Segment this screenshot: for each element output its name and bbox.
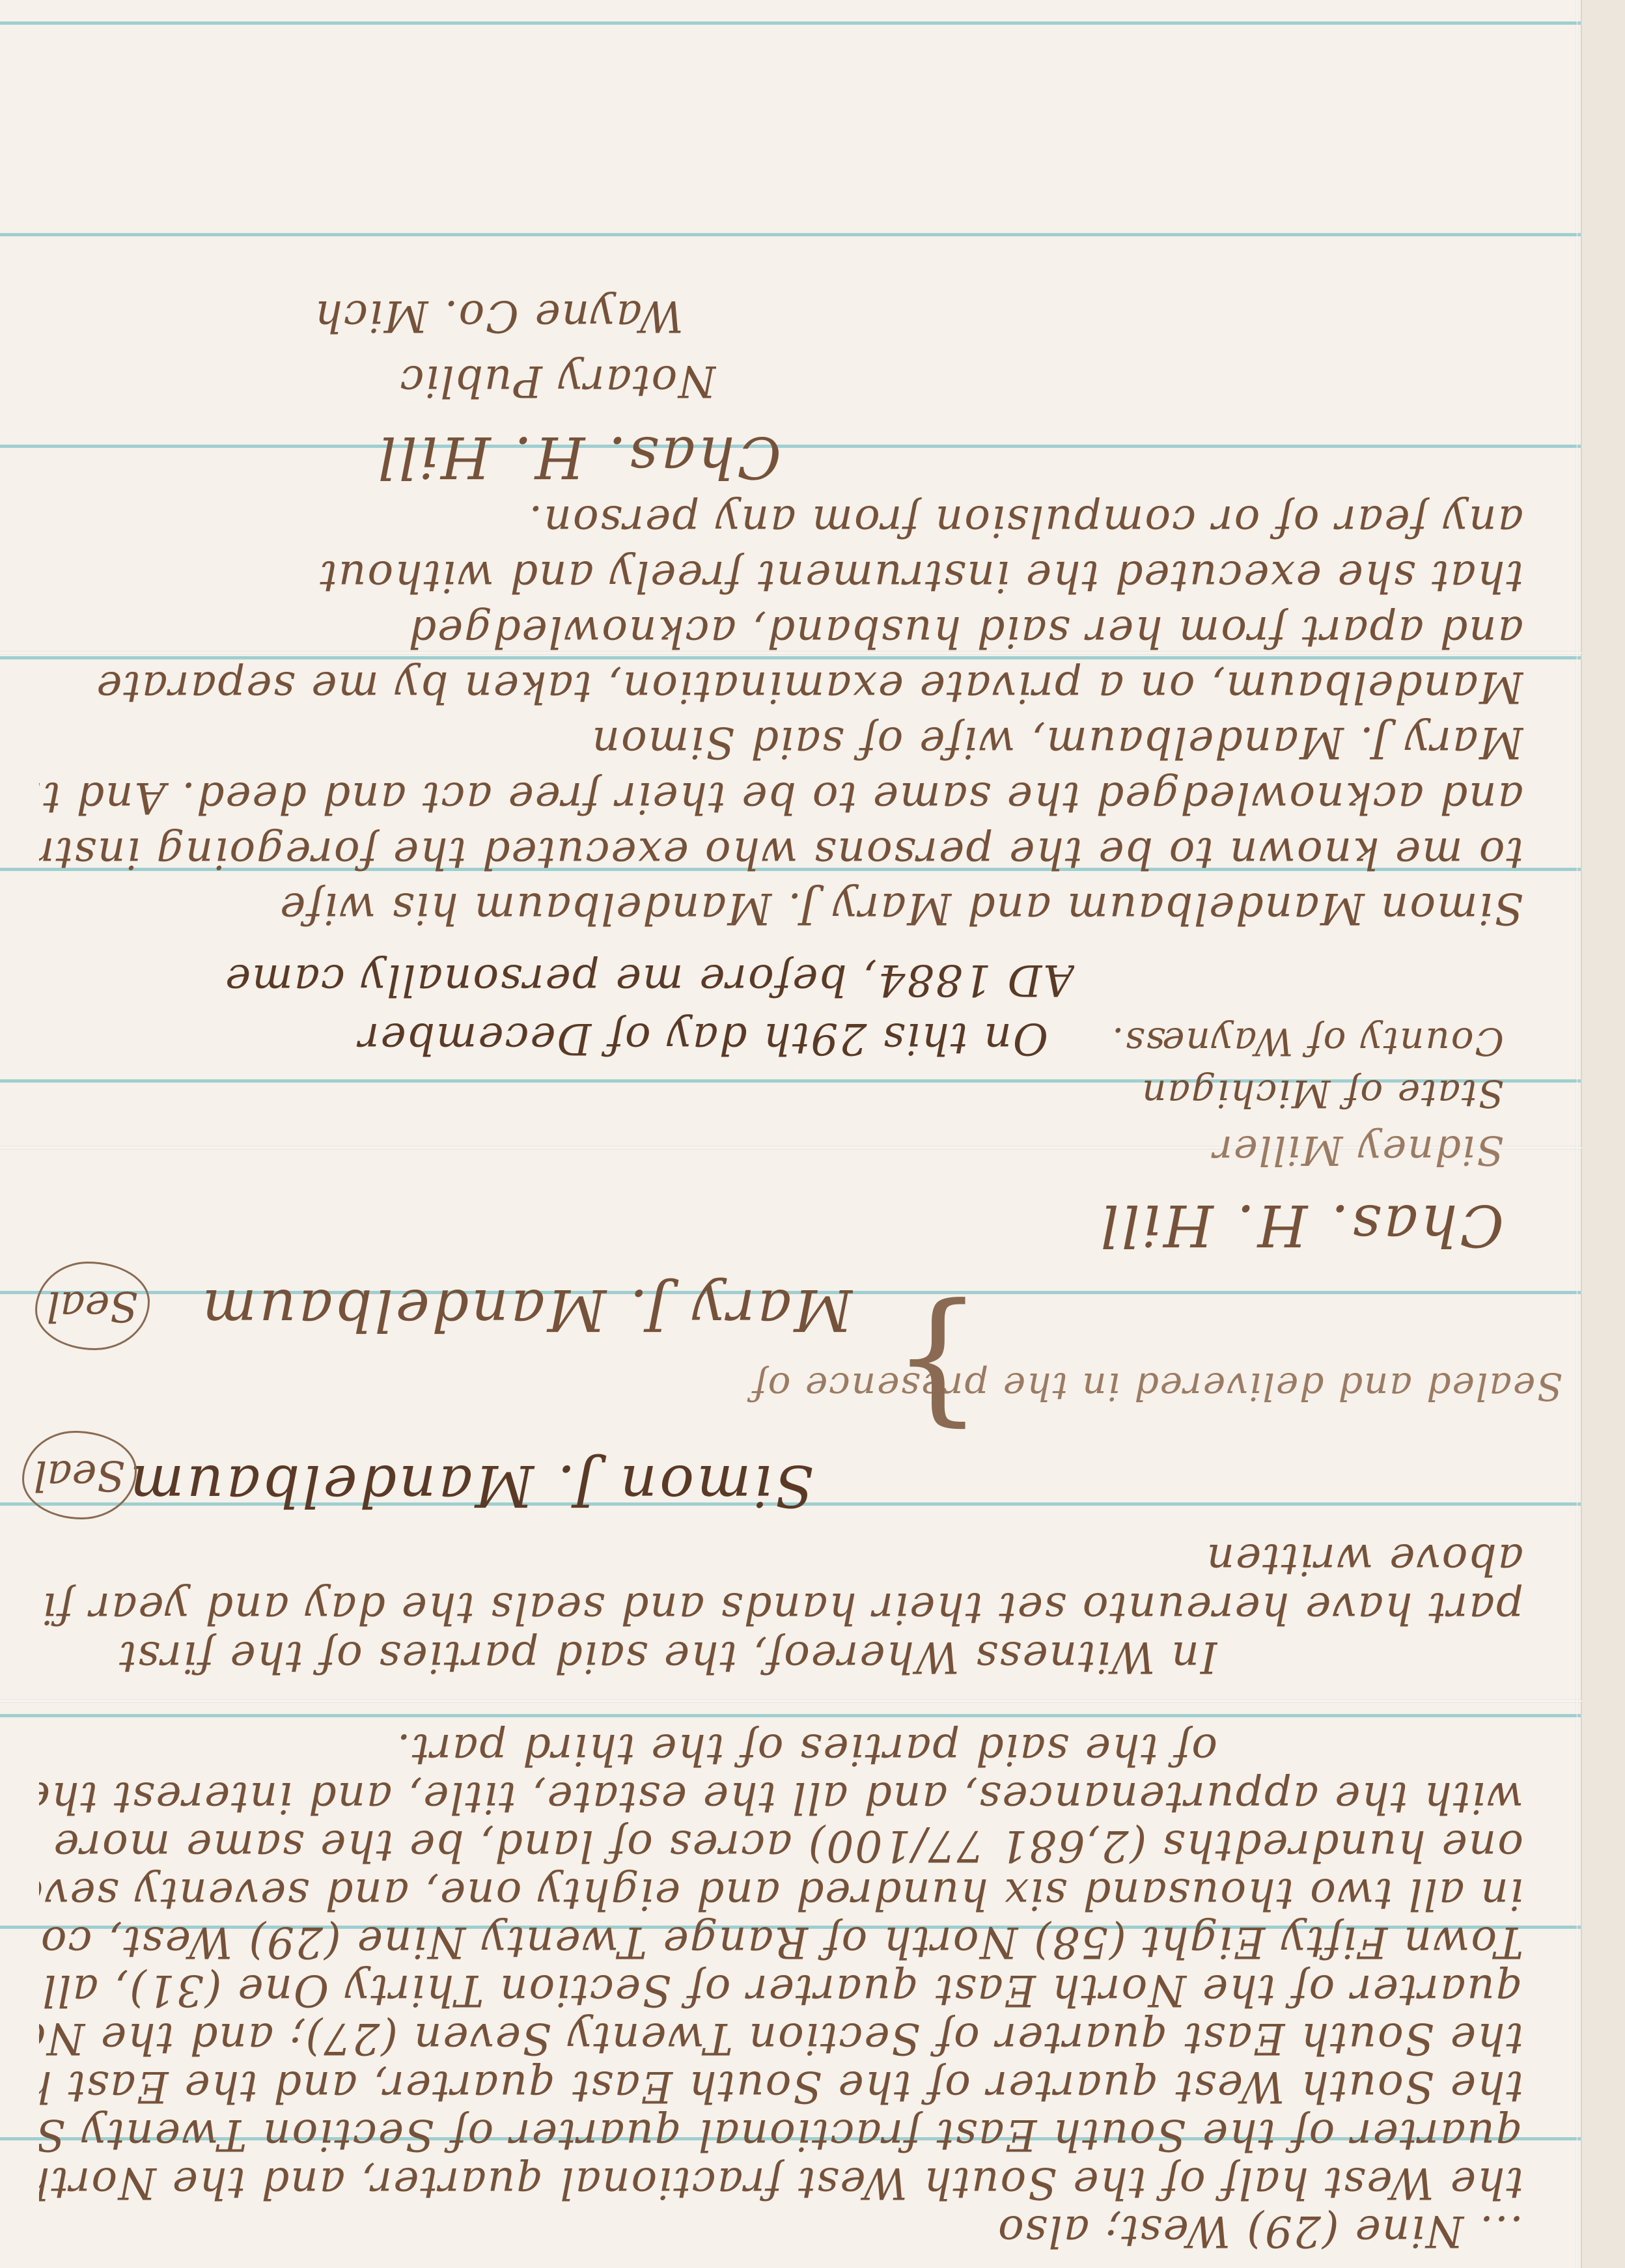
property-line: Town Fifty Eight (58) North of Range Twe… xyxy=(39,1917,1523,1967)
property-line: the West half of the South West fraction… xyxy=(39,2158,1523,2208)
property-line: in all two thousand six hundred and eigh… xyxy=(39,1869,1523,1919)
property-line: quarter of the North East quarter of Sec… xyxy=(39,1965,1523,2015)
attestation-clause: Sealed and delivered in the presence of xyxy=(39,1364,1562,1409)
ack-line: to me known to be the persons who execut… xyxy=(39,828,1523,878)
testimonium-line: In Witness Whereof, the said parties of … xyxy=(39,1632,1217,1682)
notary-jurisdiction: Wayne Co. Mich xyxy=(39,291,684,341)
ack-line: Mandelbaum, on a private examination, ta… xyxy=(39,662,1523,712)
seal-label: Seal xyxy=(34,1451,125,1499)
property-line: of the said parties of the third part. xyxy=(39,1724,1217,1775)
ack-line: On this 29th day of December xyxy=(39,1014,1048,1064)
witness-signature-miller: Sidney Miller xyxy=(39,1127,1504,1174)
property-line: the South East quarter of Section Twenty… xyxy=(39,2013,1523,2064)
notary-title: Notary Public xyxy=(39,356,716,406)
grantor-signature-simon: Simon J. Mandelbaum xyxy=(39,1452,814,1519)
testimonium-line: above written xyxy=(39,1534,1523,1584)
ack-line: that she executed the instrument freely … xyxy=(39,551,1523,602)
notary-signature: Chas. H. Hill xyxy=(39,424,781,491)
property-line: the South West quarter of the South East… xyxy=(39,2062,1523,2112)
property-line: with the appurtenances, and all the esta… xyxy=(39,1773,1523,1823)
venue-state: State of Michigan xyxy=(39,1072,1504,1116)
deed-content-rotated: ... Nine (29) West; also the West half o… xyxy=(0,0,1582,2268)
grantor-signature-mary: Mary J. Mandelbaum xyxy=(39,1277,853,1344)
adjacent-page-edge xyxy=(1581,0,1625,2268)
ack-line: any fear of or compulsion from any perso… xyxy=(39,496,1523,546)
property-line: quarter of the South East fractional qua… xyxy=(39,2110,1523,2160)
ack-line: Mary J. Mandelbaum, wife of said Simon xyxy=(39,717,1523,768)
property-line: ... Nine (29) West; also xyxy=(39,2206,1523,2256)
ack-line: AD 1884, before me personally came xyxy=(39,955,1074,1005)
testimonium-line: part have hereunto set their hands and s… xyxy=(39,1583,1523,1633)
witness-signature-hill: Chas. H. Hill xyxy=(39,1192,1504,1259)
property-line: one hundredths (2,681 77/100) acres of l… xyxy=(39,1821,1523,1871)
ack-line: and acknowledged the same to be their fr… xyxy=(39,773,1523,823)
ack-line: and apart from her said husband, acknowl… xyxy=(39,607,1523,657)
attestation-brace: } xyxy=(892,1298,983,1441)
seal-label: Seal xyxy=(47,1282,138,1330)
ack-line: Simon Mandelbaum and Mary J. Mandelbaum … xyxy=(39,883,1523,933)
